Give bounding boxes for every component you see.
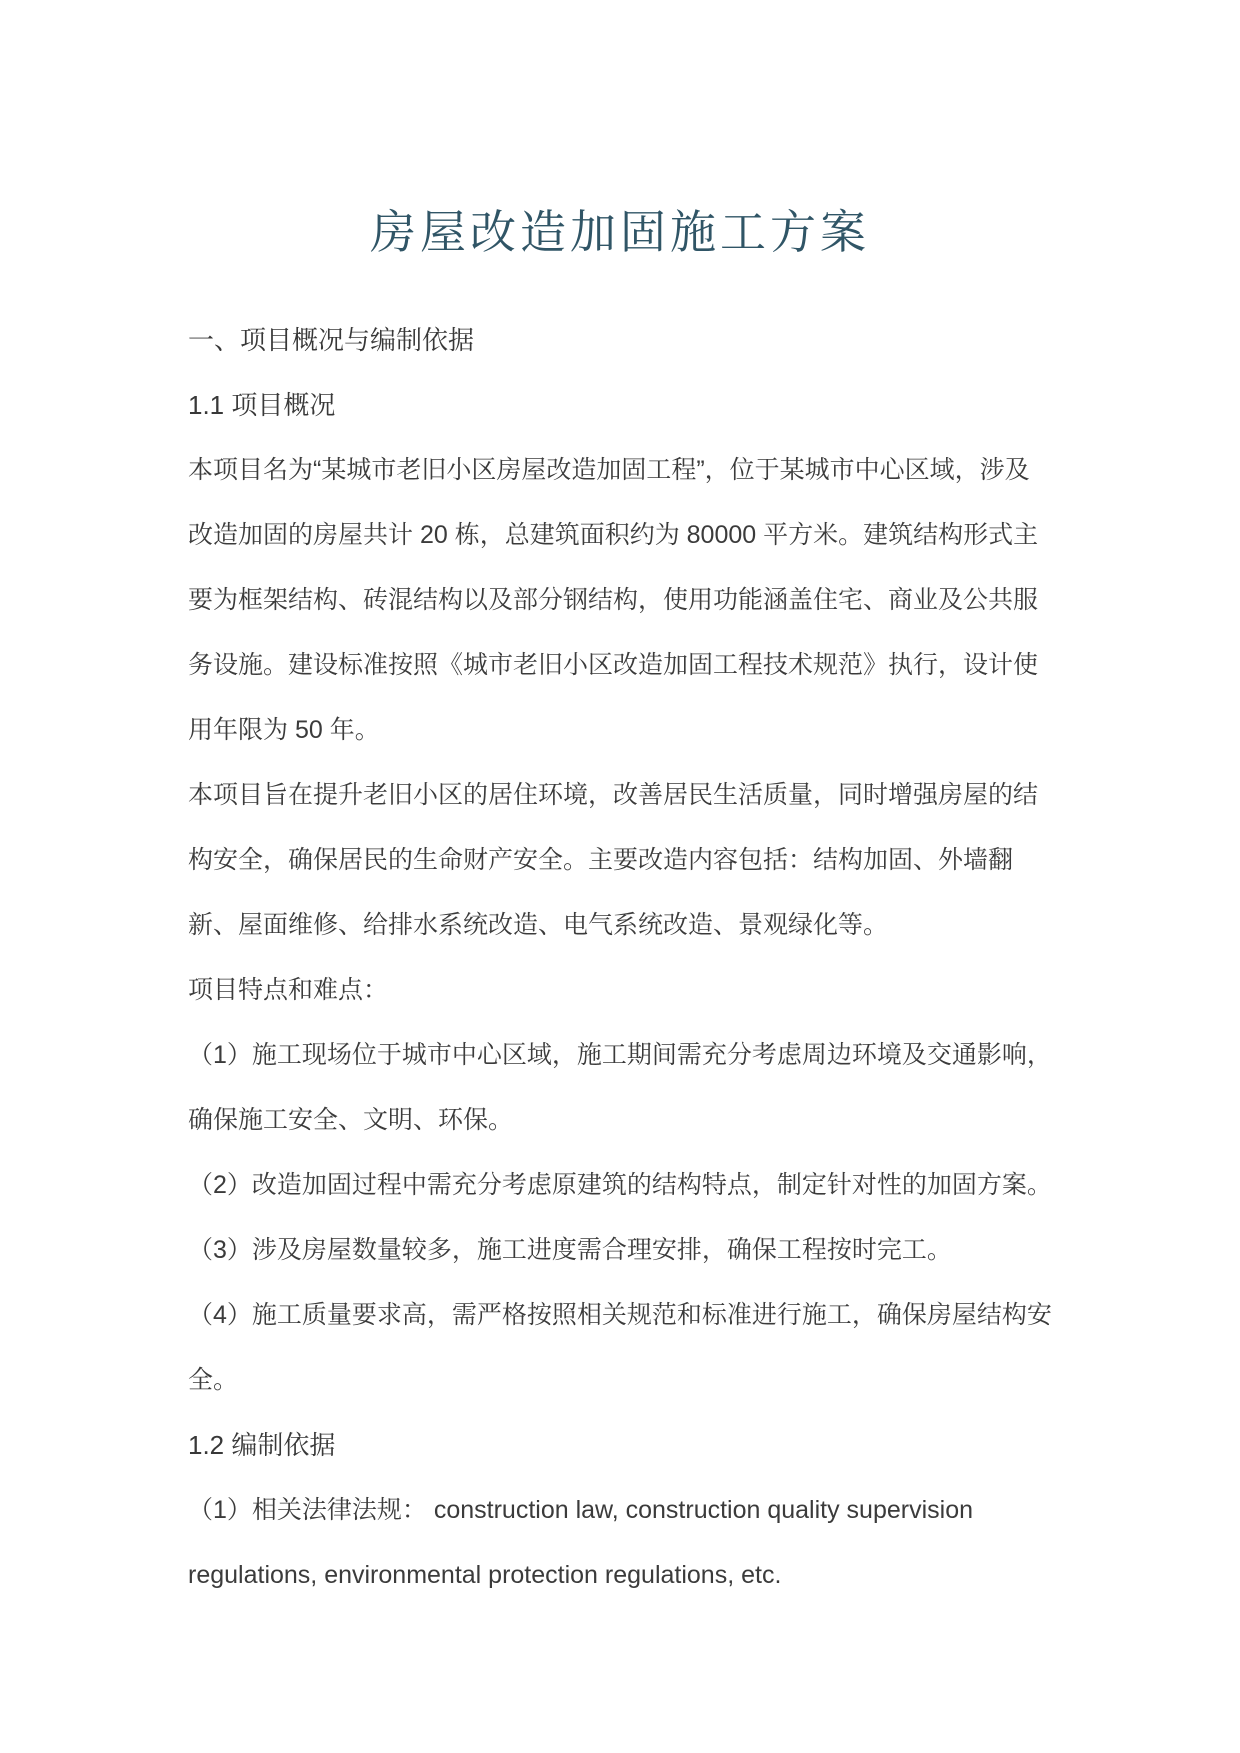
paragraph-line: （1）施工现场位于城市中心区域，施工期间需充分考虑周边环境及交通影响，: [188, 1023, 1048, 1088]
paragraph-line: 确保施工安全、文明、环保。: [188, 1088, 1048, 1153]
paragraph-line: regulations, environmental protection re…: [188, 1543, 1048, 1608]
paragraph-line: （2）改造加固过程中需充分考虑原建筑的结构特点，制定针对性的加固方案。: [188, 1153, 1048, 1218]
paragraph-line: 本项目名为“某城市老旧小区房屋改造加固工程”，位于某城市中心区域，涉及: [188, 438, 1048, 503]
paragraph-line: 务设施。建设标准按照《城市老旧小区改造加固工程技术规范》执行，设计使: [188, 633, 1048, 698]
paragraph-line: （4）施工质量要求高，需严格按照相关规范和标准进行施工，确保房屋结构安: [188, 1283, 1048, 1348]
paragraph-line: （3）涉及房屋数量较多，施工进度需合理安排，确保工程按时完工。: [188, 1218, 1048, 1283]
paragraph-line: 项目特点和难点：: [188, 958, 1048, 1023]
paragraph-line: 改造加固的房屋共计 20 栋，总建筑面积约为 80000 平方米。建筑结构形式主: [188, 503, 1048, 568]
document-body: 一、项目概况与编制依据 1.1 项目概况 本项目名为“某城市老旧小区房屋改造加固…: [188, 308, 1048, 1608]
document-title: 房屋改造加固施工方案: [0, 198, 1240, 266]
paragraph-line: 要为框架结构、砖混结构以及部分钢结构，使用功能涵盖住宅、商业及公共服: [188, 568, 1048, 633]
document-page: 房屋改造加固施工方案 一、项目概况与编制依据 1.1 项目概况 本项目名为“某城…: [0, 0, 1240, 1753]
paragraph-line: 构安全，确保居民的生命财产安全。主要改造内容包括：结构加固、外墙翻: [188, 828, 1048, 893]
paragraph-line: 用年限为 50 年。: [188, 698, 1048, 763]
heading-1-2: 1.2 编制依据: [188, 1413, 1048, 1478]
paragraph-line: 本项目旨在提升老旧小区的居住环境，改善居民生活质量，同时增强房屋的结: [188, 763, 1048, 828]
paragraph-line: 新、屋面维修、给排水系统改造、电气系统改造、景观绿化等。: [188, 893, 1048, 958]
paragraph-line: 全。: [188, 1348, 1048, 1413]
heading-section-1: 一、项目概况与编制依据: [188, 308, 1048, 373]
heading-1-1: 1.1 项目概况: [188, 373, 1048, 438]
paragraph-line: （1）相关法律法规： construction law, constructio…: [188, 1478, 1048, 1543]
